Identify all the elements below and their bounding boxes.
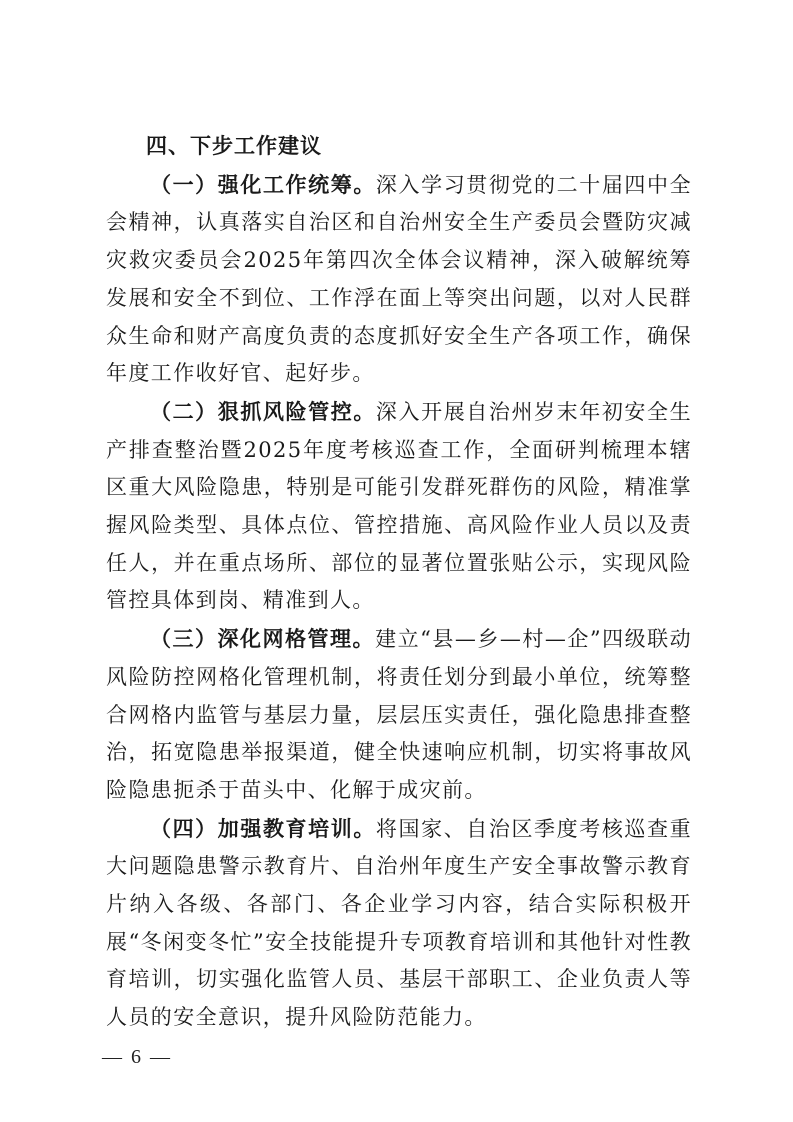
paragraph-2-lead: （二）狠抓风险管控。 (150, 399, 376, 424)
paragraph-3-text: 建立“县—乡—村—企”四级联动风险防控网格化管理机制，将责任划分到最小单位，统筹… (106, 627, 692, 802)
paragraph-1: （一）强化工作统筹。深入学习贯彻党的二十届四中全会精神，认真落实自治区和自治州安… (106, 166, 692, 393)
paragraph-2-text: 深入开展自治州岁末年初安全生产排查整治暨2025年度考核巡查工作，全面研判梳理本… (106, 400, 692, 613)
paragraph-1-lead: （一）强化工作统筹。 (150, 172, 376, 197)
paragraph-4-text: 将国家、自治区季度考核巡查重大问题隐患警示教育片、自治州年度生产安全事故警示教育… (106, 817, 692, 1030)
paragraph-4: （四）加强教育培训。将国家、自治区季度考核巡查重大问题隐患警示教育片、自治州年度… (106, 810, 692, 1037)
paragraph-3-lead: （三）深化网格管理。 (150, 626, 375, 651)
paragraph-1-text: 深入学习贯彻党的二十届四中全会精神，认真落实自治区和自治州安全生产委员会暨防灾减… (106, 173, 692, 386)
page-number: — 6 — (102, 1046, 172, 1069)
paragraph-2: （二）狠抓风险管控。深入开展自治州岁末年初安全生产排查整治暨2025年度考核巡查… (106, 393, 692, 620)
document-body: 四、下步工作建议 （一）强化工作统筹。深入学习贯彻党的二十届四中全会精神，认真落… (106, 128, 692, 1037)
paragraph-4-lead: （四）加强教育培训。 (150, 816, 376, 841)
document-page: 四、下步工作建议 （一）强化工作统筹。深入学习贯彻党的二十届四中全会精神，认真落… (0, 0, 793, 1122)
paragraph-3: （三）深化网格管理。建立“县—乡—村—企”四级联动风险防控网格化管理机制，将责任… (106, 620, 692, 810)
section-heading: 四、下步工作建议 (106, 128, 692, 166)
